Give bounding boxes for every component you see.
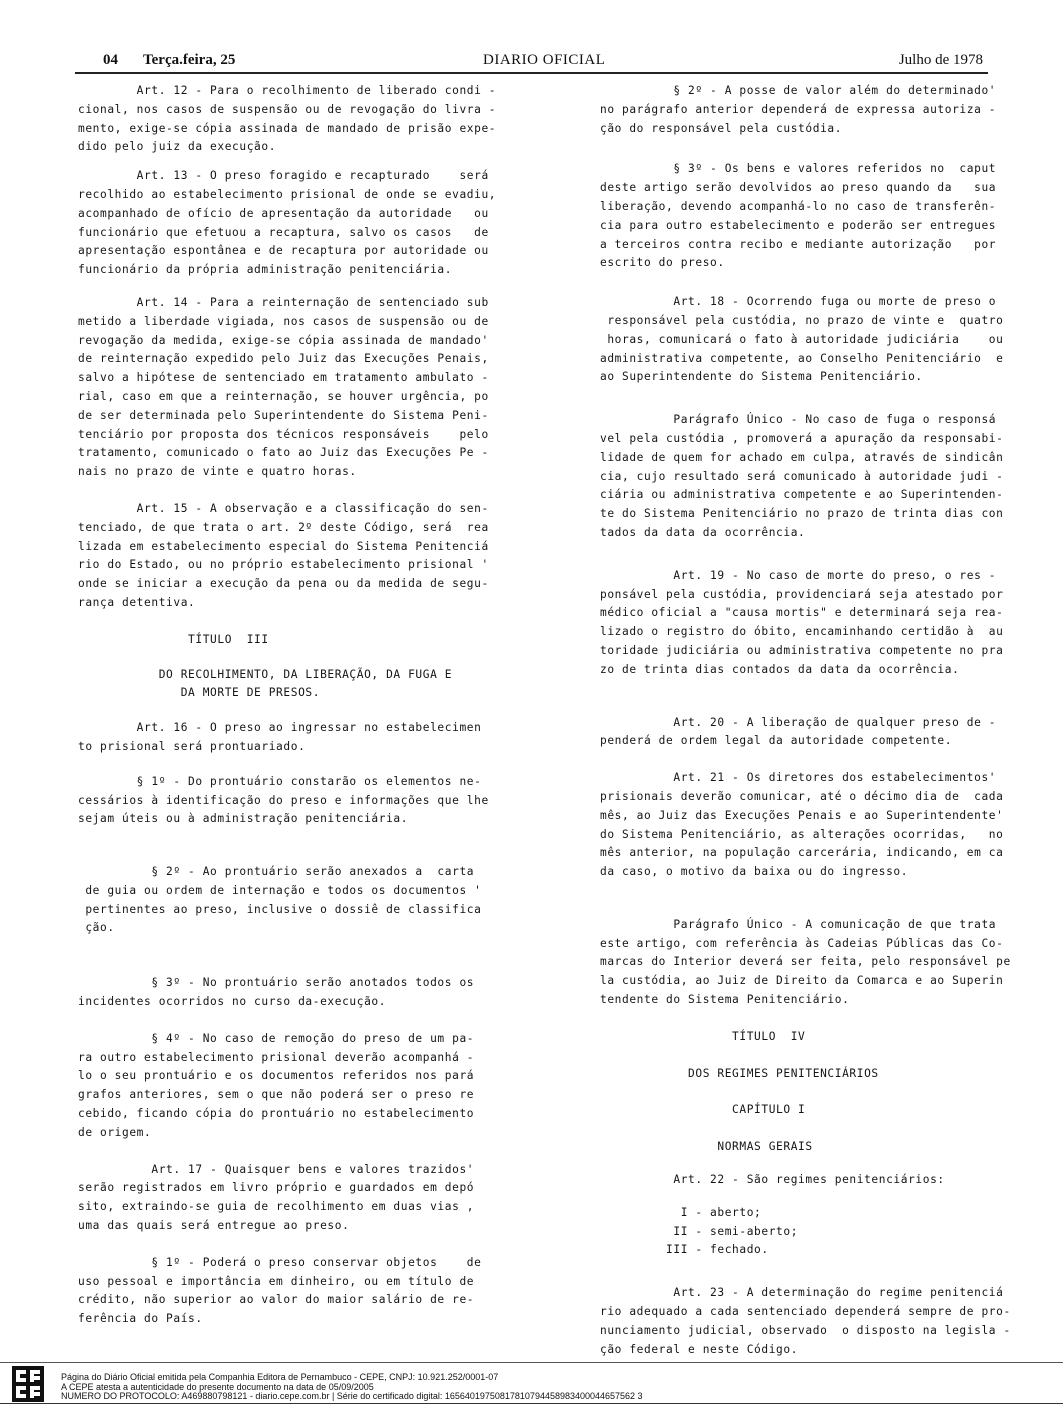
text-line: la custódia, ao Juiz de Direito da Comar… [600,972,1010,991]
text-line: § 2º - Ao prontuário serão anexados a ca… [78,863,508,882]
text-line: revogação da medida, exige-se cópia assi… [78,332,508,351]
text-line: acompanhado de ofício de apresentação da… [78,205,508,224]
text-line: lizado o registro do óbito, encaminhando… [600,623,1010,642]
text-line: lidade de quem for achado em culpa, atra… [600,449,1010,468]
text-line: tados da data da ocorrência. [600,524,1010,543]
text-line: lo o seu prontuário e os documentos refe… [78,1067,508,1086]
footer-line-protocol: NUMERO DO PROTOCOLO: A469880798121 - dia… [61,1392,643,1402]
text-line: te do Sistema Penitenciário no prazo de … [600,505,1010,524]
text-line: no parágrafo anterior dependerá de expre… [600,101,1010,120]
text-line: ção federal e neste Código. [600,1341,1010,1360]
text-line: grafos anteriores, sem o que não poderá … [78,1086,508,1105]
article-paragraph: Art. 21 - Os diretores dos estabelecimen… [600,769,1010,882]
text-line: escrito do preso. [600,254,1010,273]
article-paragraph: Art. 18 - Ocorrendo fuga ou morte de pre… [600,293,1010,387]
text-line: ciária ou administrativa competente e ao… [600,486,1010,505]
text-line: sejam úteis ou à administração penitenci… [78,810,508,829]
text-line: rio adequado a cada sentenciado depender… [600,1303,1010,1322]
text-line: nunciamento judicial, observado o dispos… [600,1322,1010,1341]
text-line: Art. 18 - Ocorrendo fuga ou morte de pre… [600,293,1010,312]
article-paragraph: Art. 12 - Para o recolhimento de liberad… [78,82,508,157]
text-line: metido a liberdade vigiada, nos casos de… [78,313,508,332]
text-line: to prisional será prontuariado. [78,738,508,757]
text-line: cia para outro estabelecimento e poderão… [600,217,1010,236]
text-line: § 2º - A posse de valor além do determin… [600,82,1010,101]
text-line: mento, exige-se cópia assinada de mandad… [78,120,508,139]
footer-bottom-divider [0,1403,1063,1404]
publication-title: DIARIO OFICIAL [483,52,605,69]
text-line: § 1º - Poderá o preso conservar objetos … [78,1254,508,1273]
text-line: § 4º - No caso de remoção do preso de um… [78,1030,508,1049]
article-paragraph: Art. 15 - A observação e a classificação… [78,500,508,613]
text-line: Art. 17 - Quaisquer bens e valores trazi… [78,1161,508,1180]
text-line: Art. 14 - Para a reinternação de sentenc… [78,294,508,313]
text-line: lizada em estabelecimento especial do Si… [78,538,508,557]
text-line: de reinternação expedido pelo Juiz das E… [78,350,508,369]
text-line: ferência do País. [78,1310,508,1329]
article-paragraph: I - aberto; II - semi-aberto; III - fech… [600,1204,1010,1260]
text-line: deste artigo serão devolvidos ao preso q… [600,179,1010,198]
text-line: prisionais deverão comunicar, até o déci… [600,788,1010,807]
section-heading: TÍTULO III [78,631,508,650]
text-line: cia, cujo resultado será comunicado à au… [600,468,1010,487]
text-line: § 3º - No prontuário serão anotados todo… [78,974,508,993]
text-line: Art. 13 - O preso foragido e recapturado… [78,167,508,186]
article-paragraph: § 3º - Os bens e valores referidos no ca… [600,160,1010,273]
text-line: funcionário da própria administração pen… [78,261,508,280]
text-line: crédito, não superior ao valor do maior … [78,1291,508,1310]
footer-divider [0,1362,1063,1363]
text-line: rança detentiva. [78,594,508,613]
text-line: rial, caso em que a reinternação, se hou… [78,388,508,407]
text-line: cional, nos casos de suspensão ou de rev… [78,101,508,120]
section-heading: CAPÍTULO I [600,1101,1010,1120]
section-heading: NORMAS GERAIS [600,1138,1010,1157]
article-paragraph: § 2º - Ao prontuário serão anexados a ca… [78,863,508,938]
article-paragraph: Art. 14 - Para a reinternação de sentenc… [78,294,508,482]
text-line: serão registrados em livro próprio e gua… [78,1179,508,1198]
text-line: Art. 20 - A liberação de qualquer preso … [600,714,1010,733]
text-line: pertinentes ao preso, inclusive o dossiê… [78,901,508,920]
text-line: mês, ao Juiz das Execuções Penais e ao S… [600,807,1010,826]
text-line: nais no prazo de vinte e quatro horas. [78,463,508,482]
text-line: Art. 22 - São regimes penitenciários: [600,1171,1010,1190]
text-line: II - semi-aberto; [600,1223,1010,1242]
left-column: Art. 12 - Para o recolhimento de liberad… [78,82,508,1329]
text-line: do Sistema Penitenciário, as alterações … [600,826,1010,845]
text-line: Art. 16 - O preso ao ingressar no estabe… [78,719,508,738]
text-line: da caso, o motivo da baixa ou do ingress… [600,863,1010,882]
text-line: Art. 19 - No caso de morte do preso, o r… [600,567,1010,586]
text-line: TÍTULO IV [600,1028,1010,1047]
text-line: Parágrafo Único - A comunicação de que t… [600,916,1010,935]
text-line: Art. 12 - Para o recolhimento de liberad… [78,82,508,101]
text-line: apresentação espontânea e de recaptura p… [78,242,508,261]
newspaper-page: 04 Terça.feira, 25 DIARIO OFICIAL Julho … [0,0,1063,1405]
text-line: cebido, ficando cópia do prontuário no e… [78,1105,508,1124]
section-heading: TÍTULO IV [600,1028,1010,1047]
text-line: penderá de ordem legal da autoridade com… [600,732,1010,751]
cepe-logo-icon [12,1366,44,1402]
article-paragraph: Art. 19 - No caso de morte do preso, o r… [600,567,1010,680]
text-line: rio do Estado, ou no próprio estabelecim… [78,556,508,575]
text-line: DA MORTE DE PRESOS. [78,684,508,703]
article-paragraph: § 4º - No caso de remoção do preso de um… [78,1030,508,1143]
article-paragraph: Parágrafo Único - A comunicação de que t… [600,916,1010,1010]
text-line: recolhido ao estabelecimento prisional d… [78,186,508,205]
text-line: de origem. [78,1124,508,1143]
text-line: de guia ou ordem de internação e todos o… [78,882,508,901]
text-line: toridade judiciária ou administrativa co… [600,642,1010,661]
text-line: onde se iniciar a execução da pena ou da… [78,575,508,594]
article-paragraph: § 1º - Poderá o preso conservar objetos … [78,1254,508,1329]
text-line: cessários à identificação do preso e inf… [78,792,508,811]
text-line: I - aberto; [600,1204,1010,1223]
article-paragraph: Art. 23 - A determinação do regime penit… [600,1284,1010,1359]
footer-certification: Página do Diário Oficial emitida pela Co… [61,1373,643,1402]
section-heading: DO RECOLHIMENTO, DA LIBERAÇÃO, DA FUGA E… [78,666,508,704]
text-line: DO RECOLHIMENTO, DA LIBERAÇÃO, DA FUGA E [78,666,508,685]
text-line: zo de trinta dias contados da data da oc… [600,661,1010,680]
text-line: tendente do Sistema Penitenciário. [600,991,1010,1010]
text-line: este artigo, com referência às Cadeias P… [600,935,1010,954]
text-line: § 3º - Os bens e valores referidos no ca… [600,160,1010,179]
text-line: de ser determinada pelo Superintendente … [78,407,508,426]
article-paragraph: § 1º - Do prontuário constarão os elemen… [78,773,508,829]
issue-date: Julho de 1978 [899,52,983,69]
text-line: tratamento, comunicado o fato ao Juiz da… [78,444,508,463]
text-line: ponsável pela custódia, providenciará se… [600,586,1010,605]
text-line: sito, extraindo-se guia de recolhimento … [78,1198,508,1217]
article-paragraph: Art. 22 - São regimes penitenciários: [600,1171,1010,1190]
text-line: responsável pela custódia, no prazo de v… [600,312,1010,331]
text-line: DOS REGIMES PENITENCIÁRIOS [600,1065,1010,1084]
text-line: uso pessoal e importância em dinheiro, o… [78,1273,508,1292]
text-line: incidentes ocorridos no curso da-execuçã… [78,993,508,1012]
article-paragraph: Art. 17 - Quaisquer bens e valores trazi… [78,1161,508,1236]
text-line: dido pelo juiz da execução. [78,138,508,157]
text-line: administrativa competente, ao Conselho P… [600,350,1010,369]
text-line: § 1º - Do prontuário constarão os elemen… [78,773,508,792]
right-column: § 2º - A posse de valor além do determin… [600,82,1010,1359]
text-line: liberação, devendo acompanhá-lo no caso … [600,198,1010,217]
text-line: TÍTULO III [78,631,508,650]
text-line: marcas do Interior deverá ser feita, pel… [600,953,1010,972]
text-line: horas, comunicará o fato à autoridade ju… [600,331,1010,350]
text-line: ao Superintendente do Sistema Penitenciá… [600,368,1010,387]
text-line: Art. 15 - A observação e a classificação… [78,500,508,519]
text-line: Art. 23 - A determinação do regime penit… [600,1284,1010,1303]
text-line: III - fechado. [600,1241,1010,1260]
text-line: funcionário que efetuou a recaptura, sal… [78,224,508,243]
text-line: uma das quais será entregue ao preso. [78,1217,508,1236]
page-header: 04 Terça.feira, 25 DIARIO OFICIAL Julho … [75,52,985,72]
text-line: Parágrafo Único - No caso de fuga o resp… [600,411,1010,430]
text-line: NORMAS GERAIS [600,1138,1010,1157]
article-paragraph: Parágrafo Único - No caso de fuga o resp… [600,411,1010,543]
issue-weekday: Terça.feira, 25 [143,52,235,69]
text-line: Art. 21 - Os diretores dos estabelecimen… [600,769,1010,788]
text-line: mês anterior, na população carcerária, i… [600,844,1010,863]
text-line: tenciado, de que trata o art. 2º deste C… [78,519,508,538]
header-divider [75,72,988,74]
text-line: ção do responsável pela custódia. [600,120,1010,139]
page-footer: Página do Diário Oficial emitida pela Co… [0,1364,1063,1404]
text-line: vel pela custódia , promoverá a apuração… [600,430,1010,449]
article-paragraph: § 3º - No prontuário serão anotados todo… [78,974,508,1012]
text-line: ra outro estabelecimento prisional dever… [78,1049,508,1068]
text-line: a terceiros contra recibo e mediante aut… [600,236,1010,255]
article-paragraph: Art. 20 - A liberação de qualquer preso … [600,714,1010,752]
text-line: CAPÍTULO I [600,1101,1010,1120]
page-number: 04 [103,52,118,69]
article-paragraph: Art. 13 - O preso foragido e recapturado… [78,167,508,280]
article-paragraph: § 2º - A posse de valor além do determin… [600,82,1010,138]
text-line: salvo a hipótese de sentenciado em trata… [78,369,508,388]
article-paragraph: Art. 16 - O preso ao ingressar no estabe… [78,719,508,757]
text-line: médico oficial a "causa mortis" e determ… [600,604,1010,623]
section-heading: DOS REGIMES PENITENCIÁRIOS [600,1065,1010,1084]
text-line: ção. [78,919,508,938]
text-line: tenciário por proposta dos técnicos resp… [78,426,508,445]
